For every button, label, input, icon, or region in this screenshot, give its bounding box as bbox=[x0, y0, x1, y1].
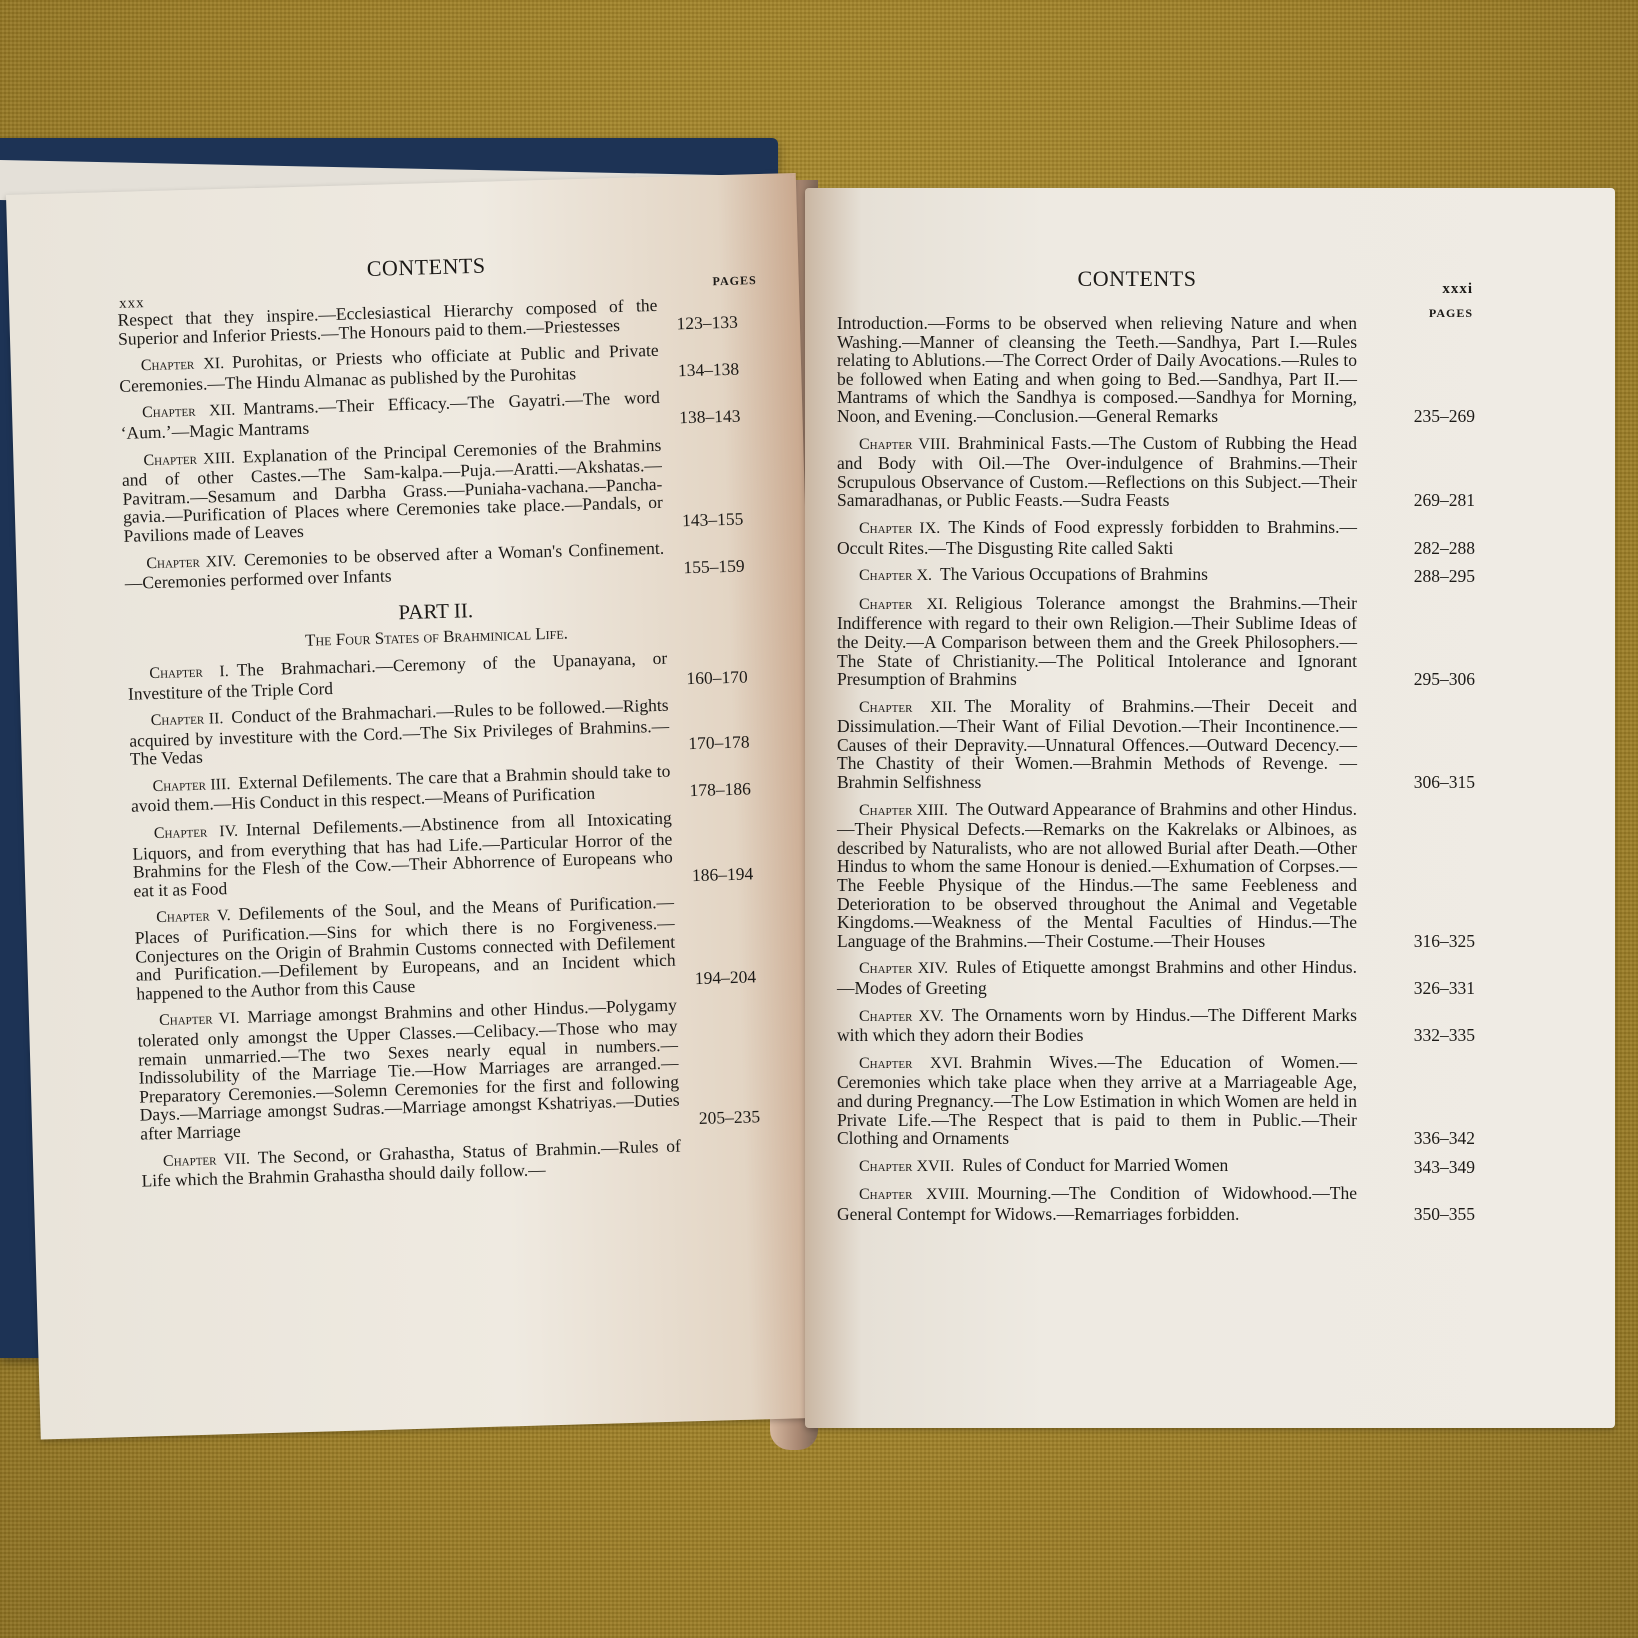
page-range: 336–342 bbox=[1414, 1129, 1475, 1148]
page-range: 295–306 bbox=[1414, 670, 1475, 689]
page-range: 160–170 bbox=[686, 667, 748, 687]
page-range: 194–204 bbox=[695, 967, 757, 987]
chapter-label: Chapter VI. bbox=[159, 1010, 240, 1029]
chapter-label: Chapter XVII. bbox=[859, 1158, 954, 1175]
page-range: 235–269 bbox=[1414, 407, 1475, 426]
toc-entry: Chapter XIII.Explanation of the Principa… bbox=[121, 433, 743, 545]
toc-entry: Chapter VI.Marriage amongst Brahmins and… bbox=[137, 994, 760, 1143]
page-range: 186–194 bbox=[692, 864, 754, 884]
page-range: 316–325 bbox=[1414, 932, 1475, 951]
toc-entry: Chapter XVIII.Mourning.—The Condition of… bbox=[837, 1184, 1437, 1223]
page-range: 332–335 bbox=[1414, 1026, 1475, 1045]
chapter-label: Chapter XIV. bbox=[146, 552, 236, 571]
chapter-label: Chapter XVIII. bbox=[859, 1186, 969, 1203]
running-head: CONTENTS bbox=[116, 250, 736, 286]
toc-entry: Chapter VIII.Brahminical Fasts.—The Cust… bbox=[837, 434, 1437, 510]
page-range: 143–155 bbox=[682, 509, 744, 529]
entry-text: Rules of Conduct for Married Women bbox=[962, 1155, 1228, 1175]
chapter-label: Chapter XII. bbox=[142, 402, 236, 422]
toc-entry: Chapter II.Conduct of the Brahmachari.—R… bbox=[128, 694, 749, 769]
left-page: xxx CONTENTS PAGES Respect that they ins… bbox=[6, 173, 830, 1440]
toc-entry: Chapter XI.Religious Tolerance amongst t… bbox=[837, 594, 1437, 689]
entry-text: The Various Occupations of Brahmins bbox=[940, 564, 1208, 584]
chapter-label: Chapter XIV. bbox=[859, 960, 948, 977]
pages-column-label: PAGES bbox=[712, 271, 757, 291]
page-range: 343–349 bbox=[1414, 1158, 1475, 1177]
chapter-label: Chapter XI. bbox=[141, 355, 225, 374]
toc-entry: Chapter XV.The Ornaments worn by Hindus.… bbox=[837, 1006, 1437, 1045]
toc-entry: Chapter VII.The Second, or Grahastha, St… bbox=[141, 1134, 762, 1190]
chapter-label: Chapter III. bbox=[152, 776, 230, 795]
page-range: 269–281 bbox=[1414, 491, 1475, 510]
toc-entry: Introduction.—Forms to be observed when … bbox=[837, 314, 1437, 426]
chapter-label: Chapter X. bbox=[859, 567, 932, 584]
toc-entry: Chapter XII.The Morality of Brahmins.—Th… bbox=[837, 697, 1437, 792]
left-page-content: xxx CONTENTS PAGES Respect that they ins… bbox=[116, 250, 762, 1199]
page-range: 282–288 bbox=[1414, 539, 1475, 558]
chapter-label: Chapter IX. bbox=[859, 520, 940, 537]
chapter-label: Chapter IV. bbox=[154, 823, 239, 842]
page-range: 205–235 bbox=[699, 1107, 761, 1127]
page-range: 155–159 bbox=[683, 557, 745, 577]
toc-entry: Chapter XIV.Ceremonies to be observed af… bbox=[124, 536, 745, 592]
chapter-label: Chapter XII. bbox=[859, 699, 956, 716]
entry-text: Internal Defilements.—Abstinence from al… bbox=[132, 808, 673, 901]
chapter-label: Chapter XIII. bbox=[143, 449, 235, 469]
running-head: CONTENTS bbox=[837, 270, 1437, 289]
page-range: 350–355 bbox=[1414, 1205, 1475, 1224]
page-range: 178–186 bbox=[689, 780, 751, 800]
toc-entry: Chapter X.The Various Occupations of Bra… bbox=[837, 565, 1437, 586]
page-range: 134–138 bbox=[678, 359, 740, 379]
toc-entry: Chapter XVI.Brahmin Wives.—The Education… bbox=[837, 1053, 1437, 1148]
toc-entry: Chapter IV.Internal Defilements.—Abstine… bbox=[132, 806, 754, 900]
chapter-label: Chapter XI. bbox=[859, 596, 947, 613]
page-range: 288–295 bbox=[1414, 567, 1475, 586]
toc-entry: Chapter V.Defilements of the Soul, and t… bbox=[134, 891, 756, 1003]
chapter-label: Chapter VII. bbox=[163, 1150, 250, 1169]
page-range: 326–331 bbox=[1414, 979, 1475, 998]
page-range: 306–315 bbox=[1414, 773, 1475, 792]
entry-text: Conduct of the Brahmachari.—Rules to be … bbox=[129, 695, 669, 769]
page-range: 170–178 bbox=[688, 733, 750, 753]
entry-text: The Outward Appearance of Brahmins and o… bbox=[837, 799, 1357, 951]
toc-entry: Chapter XIII.The Outward Appearance of B… bbox=[837, 800, 1437, 951]
page-range: 123–133 bbox=[676, 312, 738, 332]
chapter-label: Chapter XVI. bbox=[859, 1055, 962, 1072]
chapter-label: Chapter XIII. bbox=[859, 802, 948, 819]
entry-text: Introduction.—Forms to be observed when … bbox=[837, 313, 1357, 426]
toc-entry: Chapter XIV.Rules of Etiquette amongst B… bbox=[837, 958, 1437, 997]
right-page: CONTENTS xxxi PAGES Introduction.—Forms … bbox=[805, 188, 1615, 1428]
page-number: xxxi bbox=[1442, 280, 1473, 299]
right-page-header: CONTENTS xxxi PAGES bbox=[837, 270, 1437, 314]
chapter-label: Chapter XV. bbox=[859, 1008, 944, 1025]
toc-entry: Chapter XVII.Rules of Conduct for Marrie… bbox=[837, 1156, 1437, 1177]
chapter-label: Chapter I. bbox=[149, 663, 229, 682]
chapter-label: Chapter V. bbox=[156, 907, 231, 926]
right-page-content: CONTENTS xxxi PAGES Introduction.—Forms … bbox=[837, 270, 1437, 1232]
page-range: 138–143 bbox=[679, 407, 741, 427]
toc-entry: Chapter IX.The Kinds of Food expressly f… bbox=[837, 518, 1437, 557]
chapter-label: Chapter VIII. bbox=[859, 436, 950, 453]
chapter-label: Chapter II. bbox=[150, 710, 223, 729]
